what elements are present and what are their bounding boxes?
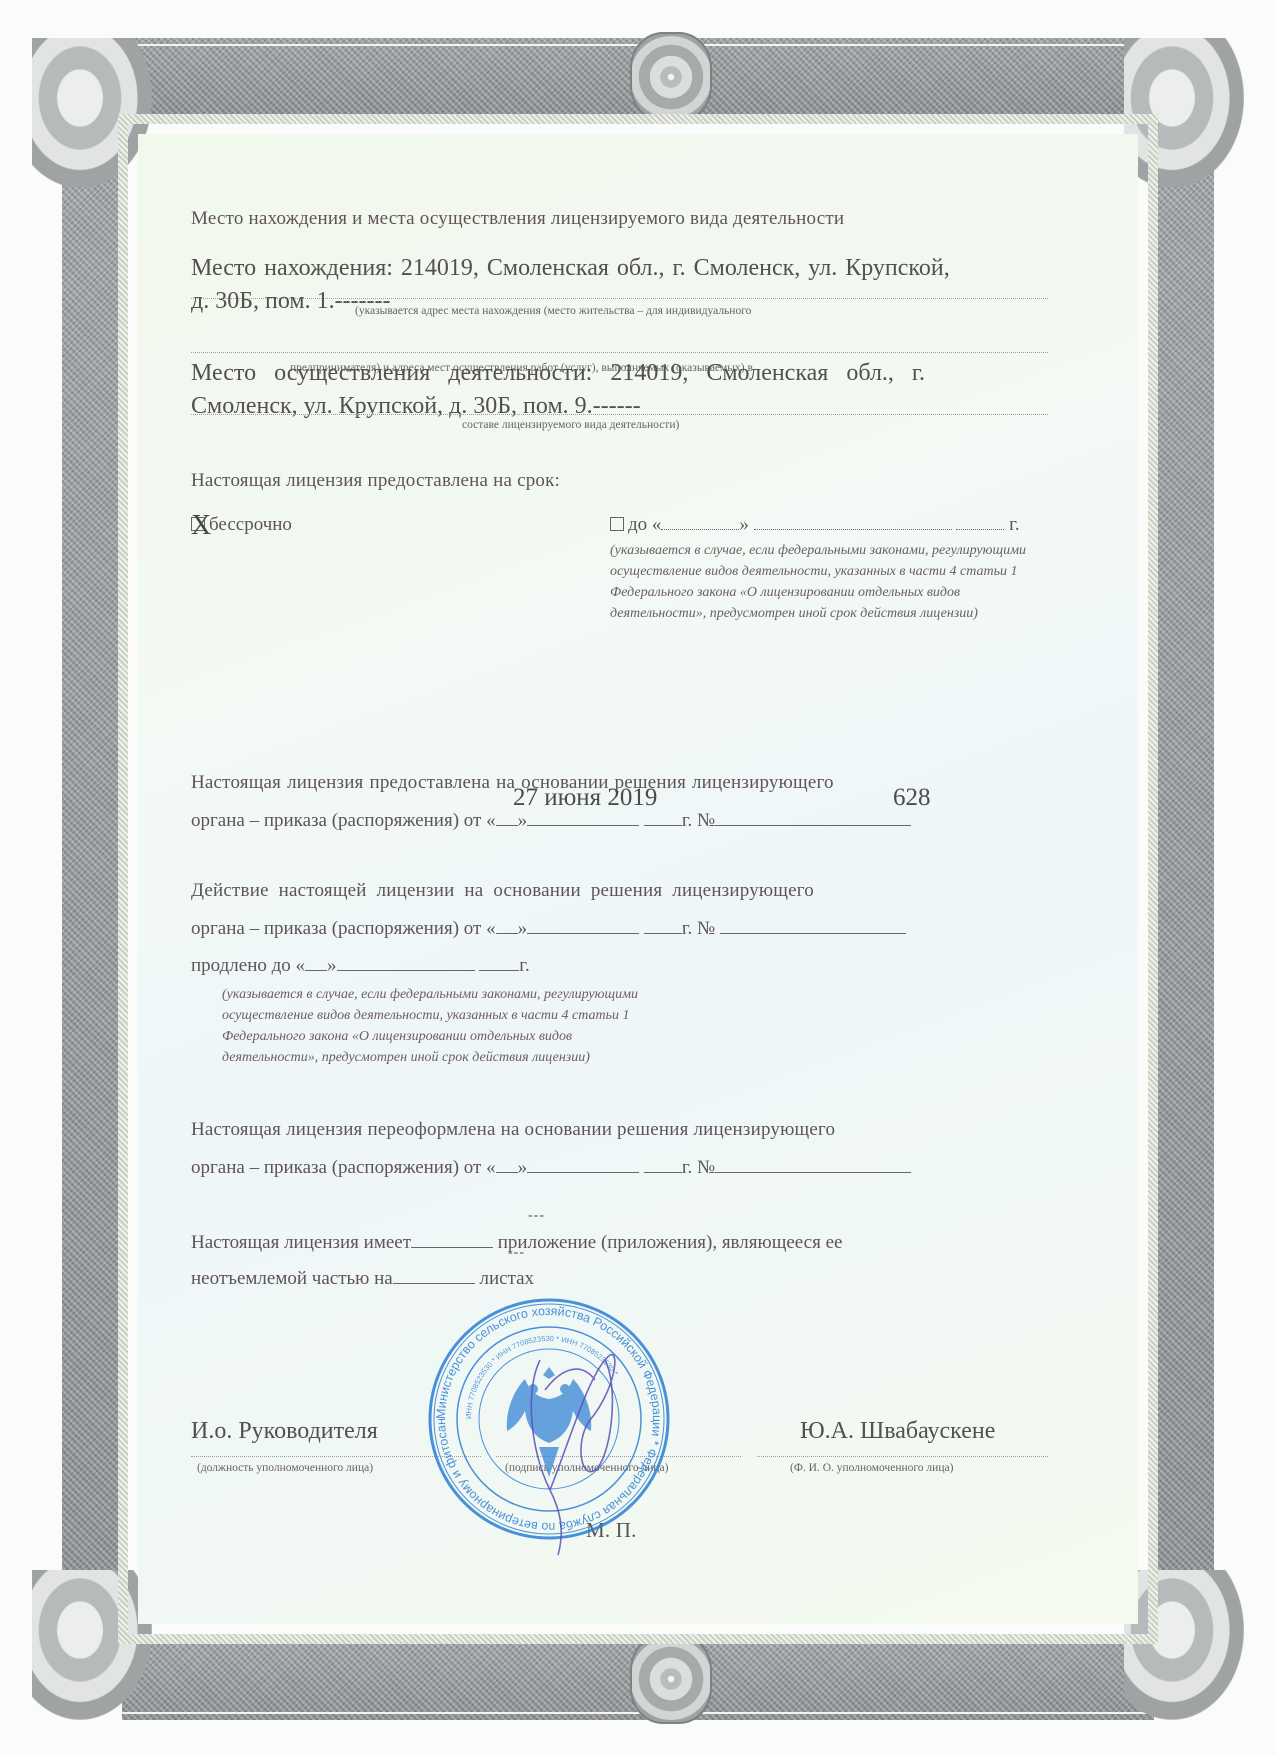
appendix-count-blank xyxy=(411,1246,493,1248)
underline xyxy=(757,1456,1048,1457)
reissue-line-2: органа – приказа (распоряжения) от «» г.… xyxy=(191,1157,911,1179)
granted-number-value: 628 xyxy=(893,784,931,812)
until-month-blank xyxy=(754,528,952,530)
term-label: Настоящая лицензия предоставлена на срок… xyxy=(191,470,560,492)
checked-x-mark: X xyxy=(191,510,211,542)
day-blank xyxy=(496,824,518,826)
term-until-option[interactable]: до «» г. xyxy=(610,514,1020,536)
sheets-suffix: листах xyxy=(479,1268,534,1289)
month-blank xyxy=(527,932,639,934)
term-note: (указывается в случае, если федеральными… xyxy=(610,540,1056,624)
number-label: г. № xyxy=(682,1157,715,1178)
granted-basis-line-2: органа – приказа (распоряжения) от «» г.… xyxy=(191,810,911,832)
until-checkbox[interactable] xyxy=(610,517,624,531)
order-prefix: органа – приказа (распоряжения) от « xyxy=(191,918,496,939)
number-blank xyxy=(715,1171,911,1173)
year-blank xyxy=(644,1171,682,1173)
quote-close: » xyxy=(327,955,337,976)
activity-location-line-1: Место осуществления деятельности: 214019… xyxy=(191,360,925,387)
signer-position: И.о. Руководителя xyxy=(191,1418,378,1445)
day-blank xyxy=(305,969,327,971)
extended-until-prefix: продлено до « xyxy=(191,955,305,976)
month-blank xyxy=(527,1171,639,1173)
order-prefix: органа – приказа (распоряжения) от « xyxy=(191,1157,496,1178)
order-prefix: органа – приказа (распоряжения) от « xyxy=(191,810,496,831)
extension-line-3: продлено до «» г. xyxy=(191,955,530,977)
location-caption-3: составе лицензируемого вида деятельности… xyxy=(462,419,679,431)
extension-note: (указывается в случае, если федеральными… xyxy=(222,984,662,1068)
appendix-prefix: Настоящая лицензия имеет xyxy=(191,1232,411,1253)
month-blank xyxy=(527,824,639,826)
position-caption: (должность уполномоченного лица) xyxy=(197,1462,373,1474)
quote-close: » xyxy=(518,918,528,939)
location-caption-1: (указывается адрес места нахождения (мес… xyxy=(355,305,751,317)
number-label: г. № xyxy=(682,918,715,939)
year-blank xyxy=(644,932,682,934)
underline xyxy=(191,414,1048,415)
number-label: г. № xyxy=(682,810,715,831)
signer-name: Ю.А. Швабаускене xyxy=(800,1418,995,1445)
extension-line-2: органа – приказа (распоряжения) от «» г.… xyxy=(191,918,906,940)
number-blank xyxy=(715,824,911,826)
year-suffix: г. xyxy=(1009,514,1019,535)
day-blank xyxy=(496,1171,518,1173)
year-blank xyxy=(479,969,519,971)
underline xyxy=(191,352,1048,353)
extension-line-1: Действие настоящей лицензии на основании… xyxy=(191,880,814,902)
name-caption: (Ф. И. О. уполномоченного лица) xyxy=(790,1462,953,1474)
month-blank xyxy=(337,969,475,971)
year-blank xyxy=(644,824,682,826)
activity-location-line-2: Смоленск, ул. Крупской, д. 30Б, пом. 9.-… xyxy=(191,393,641,420)
day-blank xyxy=(496,932,518,934)
appendix-count-value: --- xyxy=(528,1208,545,1224)
granted-date-value: 27 июня 2019 xyxy=(513,784,657,812)
number-blank xyxy=(720,932,906,934)
appendix-line-2: неотъемлемой частью на листах xyxy=(191,1268,534,1290)
quote-close: » xyxy=(518,810,528,831)
location-line-1: Место нахождения: 214019, Смоленская обл… xyxy=(191,255,950,282)
until-label: до « xyxy=(628,514,661,535)
year-suffix: г. xyxy=(519,955,529,976)
unlimited-label: бессрочно xyxy=(209,514,292,535)
handwritten-signature xyxy=(520,1330,630,1560)
sheets-count-blank xyxy=(393,1282,475,1284)
sheets-count-value: --- xyxy=(508,1245,525,1261)
until-day-blank xyxy=(661,528,739,530)
quote-close: » xyxy=(518,1157,528,1178)
quote-close: » xyxy=(739,514,749,535)
until-year-blank xyxy=(956,528,1004,530)
appendix-suffix: приложение (приложения), являющееся ее xyxy=(498,1232,843,1253)
sheets-prefix: неотъемлемой частью на xyxy=(191,1268,393,1289)
section-title: Место нахождения и места осуществления л… xyxy=(191,208,844,230)
document-content: Место нахождения и места осуществления л… xyxy=(0,0,1276,1755)
reissue-line-1: Настоящая лицензия переоформлена на осно… xyxy=(191,1119,835,1141)
